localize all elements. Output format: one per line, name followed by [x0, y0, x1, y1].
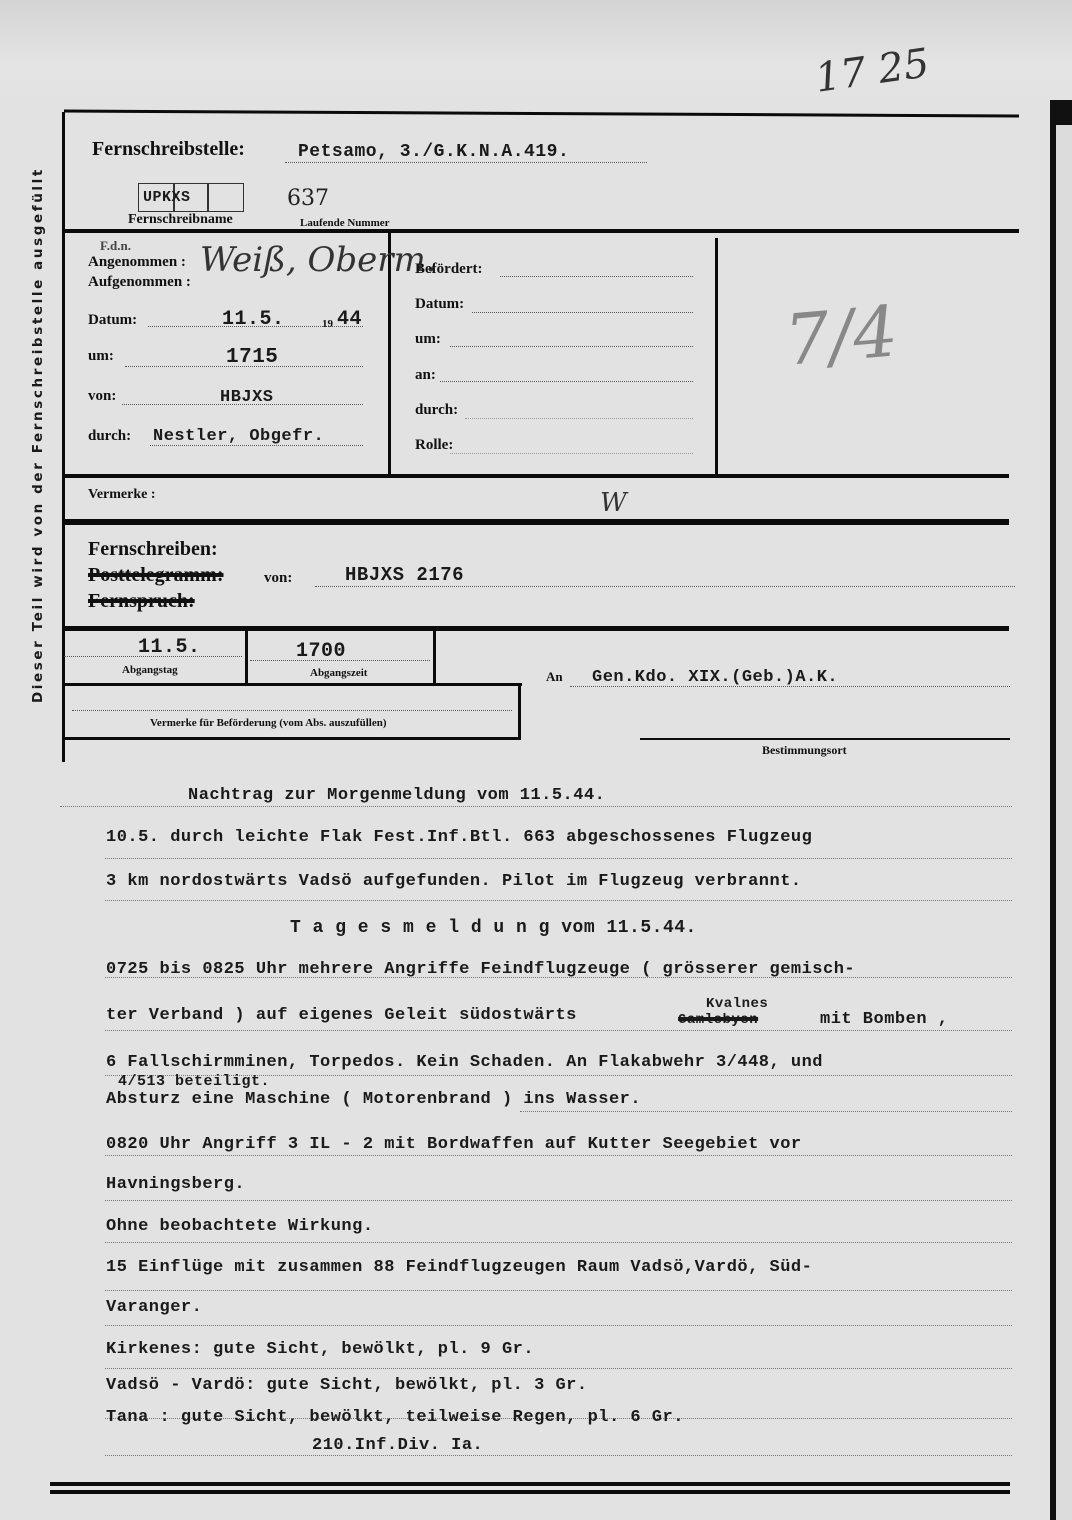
befoerderung-line — [72, 710, 512, 711]
pencil-mark-vermerke: W — [600, 488, 627, 518]
durch-value: Nestler, Obgefr. — [153, 427, 324, 446]
message-line-16: Vadsö - Vardö: gute Sicht, bewölkt, pl. … — [106, 1376, 588, 1395]
message-line-11: Havningsberg. — [106, 1175, 245, 1194]
message-line-5: 0725 bis 0825 Uhr mehrere Angriffe Feind… — [106, 960, 855, 979]
befoerdert-label: Befördert: — [415, 261, 482, 278]
message-line-1: Nachtrag zur Morgenmeldung vom 11.5.44. — [188, 786, 605, 805]
ruled-line — [105, 1455, 1012, 1456]
fernschreibname-label: Fernschreibname — [128, 212, 233, 228]
forward-datum-line — [472, 312, 693, 313]
fernspruch-label: Fernspruch: — [88, 590, 195, 613]
message-line-17: Tana : gute Sicht, bewölkt, teilweise Re… — [106, 1408, 684, 1427]
divider-header — [64, 229, 1019, 233]
message-line-3: 3 km nordostwärts Vadsö aufgefunden. Pil… — [106, 872, 802, 891]
aufgenommen-label: Aufgenommen : — [88, 274, 191, 291]
datum-label: Datum: — [88, 312, 137, 329]
durch-line — [150, 445, 363, 446]
divider-message-type — [64, 519, 1009, 525]
message-line-8: 4/513 beteiligt. — [118, 1073, 270, 1090]
ruled-line — [105, 1325, 1012, 1326]
message-line-9: Absturz eine Maschine ( Motorenbrand ) i… — [106, 1090, 641, 1109]
forward-an-line — [440, 381, 693, 382]
durch-label: durch: — [88, 428, 131, 445]
um-value: 1715 — [226, 346, 278, 369]
ruled-line — [105, 1030, 1012, 1031]
message-line-12: Ohne beobachtete Wirkung. — [106, 1217, 374, 1236]
abgangszeit-label: Abgangszeit — [310, 667, 367, 679]
an-label: An — [546, 669, 563, 685]
abgangszeit-value: 1700 — [296, 640, 346, 663]
bestimmungsort-line — [640, 738, 1010, 740]
side-note: Dieser Teil wird von der Fernschreibstel… — [30, 95, 50, 775]
message-von-line — [315, 586, 1015, 587]
message-line-18: 210.Inf.Div. Ia. — [312, 1436, 483, 1455]
vermerke-label: Vermerke : — [88, 487, 156, 503]
rolle-line — [450, 453, 693, 454]
message-line-2: 10.5. durch leichte Flak Fest.Inf.Btl. 6… — [106, 828, 812, 847]
ruled-line — [105, 1200, 1012, 1201]
abgangstag-label: Abgangstag — [122, 664, 178, 676]
um-label: um: — [88, 348, 114, 365]
divider-befoerderung-right — [518, 686, 521, 738]
laufende-nummer-label: Laufende Nummer — [300, 217, 390, 229]
correction-inserted: Kvalnes — [706, 996, 768, 1012]
datum-value: 11.5. — [222, 308, 285, 331]
message-von-value: HBJXS 2176 — [345, 564, 464, 586]
bottom-rule-2 — [50, 1490, 1010, 1494]
divider-abgangszeit — [433, 630, 436, 685]
abgangstag-value: 11.5. — [138, 636, 201, 659]
year-prefix: 19 — [322, 318, 333, 330]
ruled-line — [105, 1242, 1012, 1243]
divider-forwarded — [715, 238, 718, 476]
rolle-label: Rolle: — [415, 437, 453, 454]
ruled-line — [60, 806, 1012, 807]
message-line-6: ter Verband ) auf eigenes Geleit südostw… — [106, 1006, 577, 1025]
divider-abgangstag — [245, 630, 248, 685]
message-line-6b: mit Bomben , — [820, 1010, 948, 1029]
signature: Weiß, Oberm. — [200, 240, 437, 280]
vermerke-befoerderung-label: Vermerke für Beförderung (vom Abs. auszu… — [150, 717, 387, 729]
fernschreibname-value: UPKXS — [143, 189, 191, 206]
divider-vermerke — [64, 474, 1009, 478]
message-line-7: 6 Fallschirmminen, Torpedos. Kein Schade… — [106, 1053, 823, 1072]
angenommen-label: Angenommen : — [88, 254, 186, 271]
year-value: 44 — [337, 308, 362, 331]
ruled-line — [520, 1111, 1012, 1112]
von-value: HBJXS — [220, 388, 274, 407]
message-line-10: 0820 Uhr Angriff 3 IL - 2 mit Bordwaffen… — [106, 1135, 802, 1154]
fernschreibstelle-label: Fernschreibstelle: — [92, 138, 245, 161]
fdn-label: F.d.n. — [100, 238, 131, 254]
form-left-border — [62, 112, 65, 762]
bestimmungsort-label: Bestimmungsort — [762, 743, 847, 758]
ruled-line — [105, 1368, 1012, 1369]
von-label: von: — [88, 388, 116, 405]
an-value: Gen.Kdo. XIX.(Geb.)A.K. — [592, 668, 838, 687]
message-line-14: Varanger. — [106, 1298, 202, 1317]
pencil-mark: 7/4 — [782, 290, 901, 382]
ruled-line — [105, 1290, 1012, 1291]
correction-struck: Gamlebyen — [678, 1012, 758, 1028]
message-line-15: Kirkenes: gute Sicht, bewölkt, pl. 9 Gr. — [106, 1340, 534, 1359]
bottom-rule-1 — [50, 1482, 1010, 1486]
adjacent-page — [1056, 125, 1072, 1520]
forward-durch-label: durch: — [415, 402, 458, 419]
forward-datum-label: Datum: — [415, 296, 464, 313]
laufende-nummer-value: 637 — [287, 186, 329, 211]
divider-dispatch — [64, 626, 1009, 631]
ruled-line — [105, 1155, 1012, 1156]
forward-durch-line — [465, 418, 693, 419]
fernschreibstelle-value: Petsamo, 3./G.K.N.A.419. — [298, 142, 569, 162]
posttelegramm-label: Posttelegramm: — [88, 564, 224, 587]
divider-befoerderung-bottom — [64, 737, 521, 740]
forward-um-label: um: — [415, 331, 441, 348]
fernschreiben-label: Fernschreiben: — [88, 538, 218, 561]
message-von-label: von: — [264, 570, 292, 587]
ruled-line — [105, 858, 1012, 859]
fernschreibstelle-line — [285, 162, 647, 163]
form-top-border — [64, 109, 1019, 117]
befoerdert-line — [500, 276, 693, 277]
divider-befoerderung-top — [64, 683, 522, 686]
message-line-4: T a g e s m e l d u n g vom 11.5.44. — [290, 918, 697, 938]
message-line-13: 15 Einflüge mit zusammen 88 Feindflugzeu… — [106, 1258, 812, 1277]
forward-um-line — [450, 346, 693, 347]
ruled-line — [105, 900, 1012, 901]
forward-an-label: an: — [415, 367, 436, 384]
